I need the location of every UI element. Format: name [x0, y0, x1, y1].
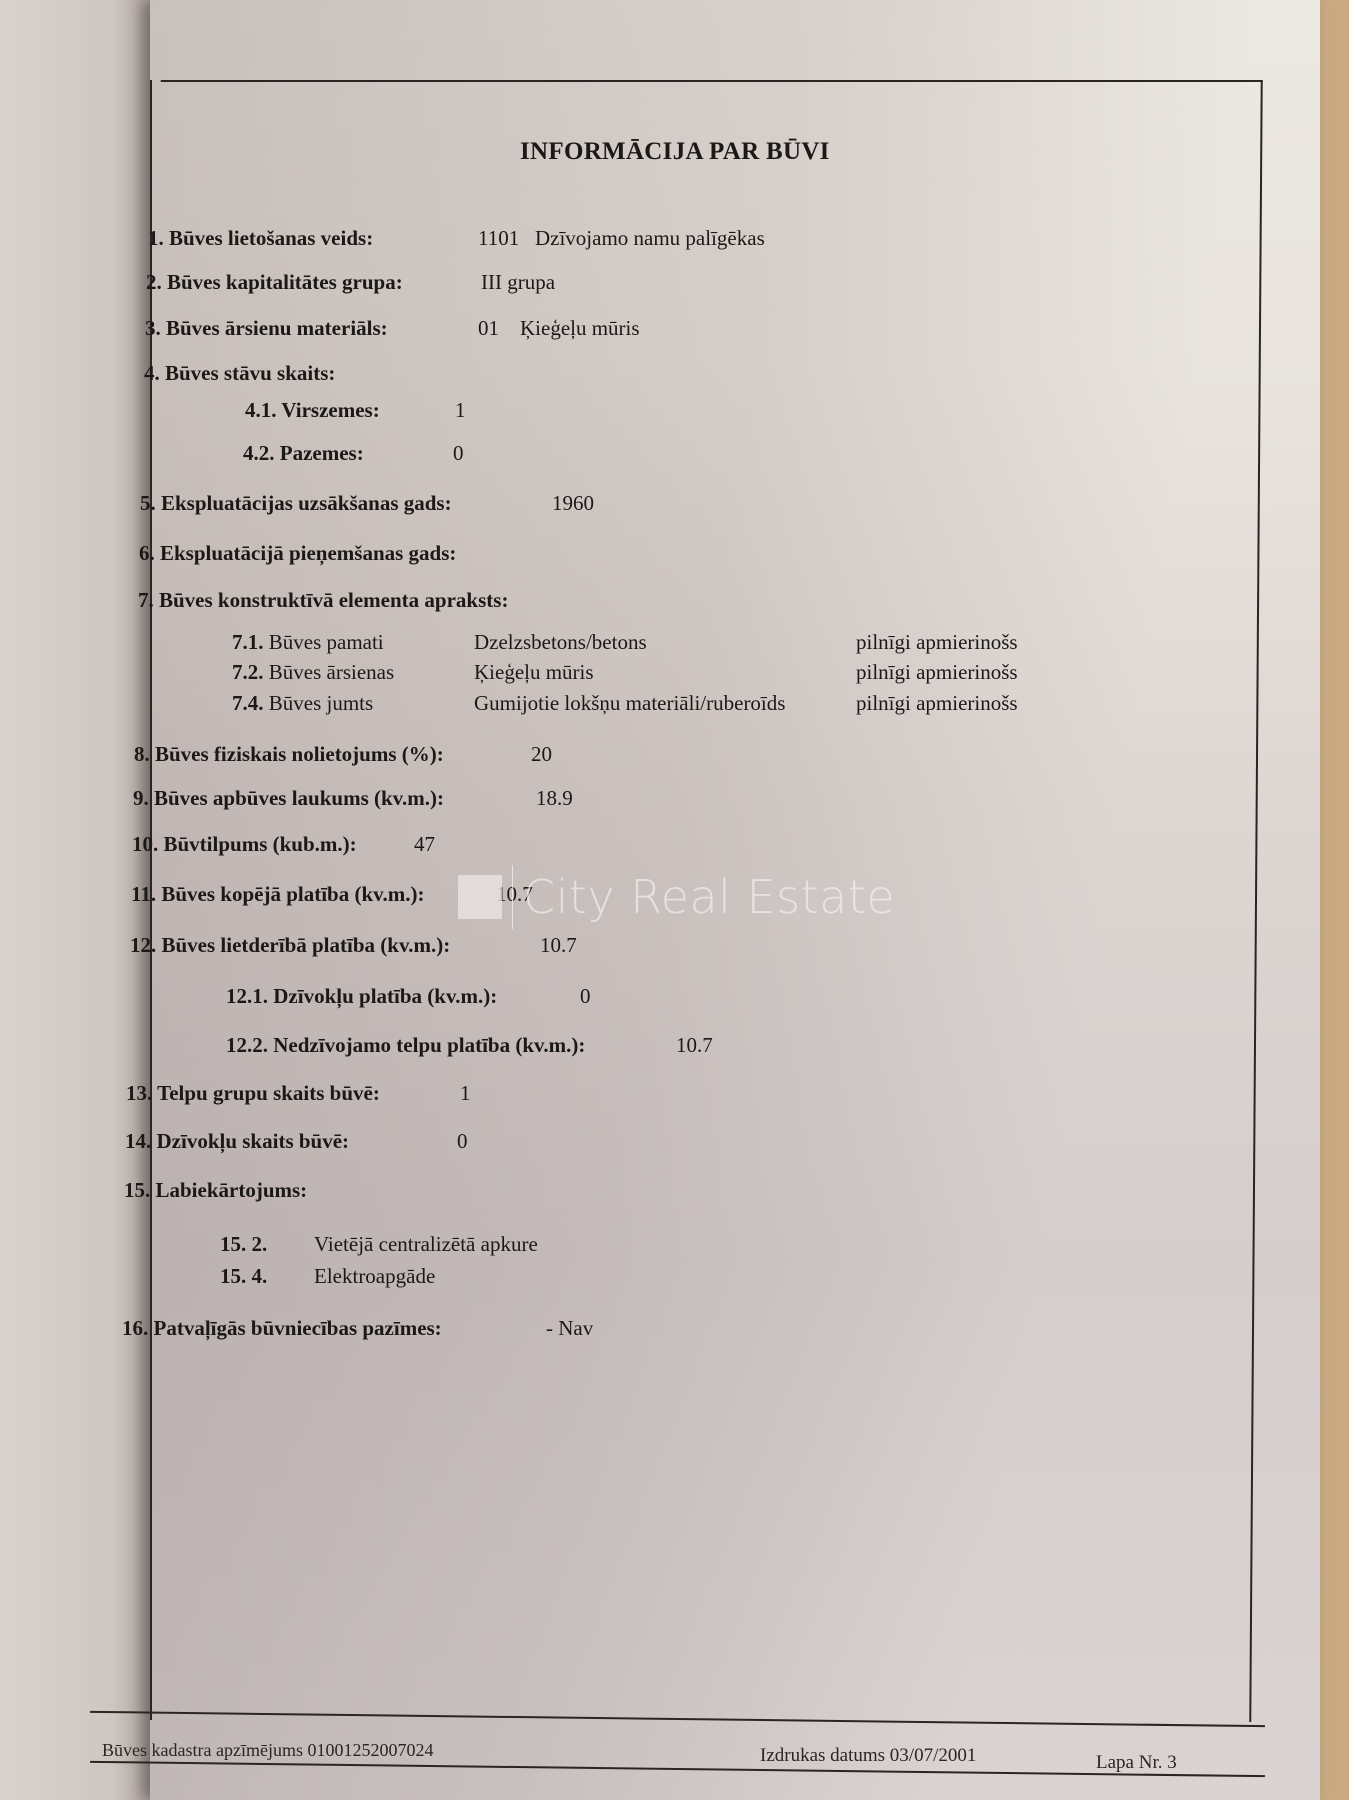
element-num: 7.1. — [232, 630, 264, 654]
field-value: 1101 Dzīvojamo namu palīgēkas — [478, 226, 765, 251]
field-label: 13. Telpu grupu skaits būvē: — [126, 1081, 380, 1105]
amenity-num: 15. 4. — [220, 1264, 267, 1289]
field-label: 10. Būvtilpums (kub.m.): — [132, 832, 357, 856]
element-num: 7.4. — [232, 691, 264, 715]
field-label: 11. Būves kopējā platība (kv.m.): — [131, 882, 424, 906]
element-name: Būves jumts — [269, 691, 373, 715]
field-amenities: 15. Labiekārtojums: — [124, 1178, 307, 1203]
amenity-name: Vietējā centralizētā apkure — [314, 1232, 538, 1257]
field-label: 16. Patvaļīgās būvniecības pazīmes: — [122, 1316, 442, 1340]
field-value: - Nav — [546, 1316, 593, 1341]
field-value: 1960 — [552, 491, 594, 516]
field-value: 0 — [457, 1129, 468, 1154]
element-condition: pilnīgi apmierinošs — [856, 691, 1018, 716]
field-unauthorized-construction: 16. Patvaļīgās būvniecības pazīmes: - Na… — [122, 1316, 442, 1341]
field-acceptance-year: 6. Ekspluatācijā pieņemšanas gads: — [139, 541, 456, 566]
field-label: 12.2. Nedzīvojamo telpu platība (kv.m.): — [226, 1033, 585, 1057]
field-construction-elements: 7. Būves konstruktīvā elementa apraksts: — [138, 588, 508, 613]
field-value: III grupa — [481, 270, 555, 295]
element-material: Gumijotie lokšņu materiāli/ruberoīds — [474, 691, 785, 716]
field-label: 6. Ekspluatācijā pieņemšanas gads: — [139, 541, 456, 565]
field-label: 3. Būves ārsienu materiāls: — [145, 316, 388, 340]
element-condition: pilnīgi apmierinošs — [856, 660, 1018, 685]
field-value: 10.7 — [496, 882, 533, 907]
field-capital-group: 2. Būves kapitalitātes grupa: III grupa — [146, 270, 403, 295]
field-label: 7. Būves konstruktīvā elementa apraksts: — [138, 588, 508, 612]
field-value: 1 — [455, 398, 466, 423]
field-label: 4. Būves stāvu skaits: — [144, 361, 335, 385]
amenity-name: Elektroapgāde — [314, 1264, 435, 1289]
field-wall-material: 3. Būves ārsienu materiāls: 01 Ķieģeļu m… — [145, 316, 388, 341]
field-exploitation-start: 5. Ekspluatācijas uzsākšanas gads: 1960 — [140, 491, 452, 516]
element-name: Būves pamati — [269, 630, 384, 654]
field-label: 12. Būves lietderībā platība (kv.m.): — [130, 933, 450, 957]
field-label: 15. Labiekārtojums: — [124, 1178, 307, 1202]
field-value: 20 — [531, 742, 552, 767]
field-label: 12.1. Dzīvokļu platība (kv.m.): — [226, 984, 497, 1008]
field-value: 47 — [414, 832, 435, 857]
field-room-groups: 13. Telpu grupu skaits būvē: 1 — [126, 1081, 380, 1106]
field-depreciation: 8. Būves fiziskais nolietojums (%): 20 — [134, 742, 444, 767]
amenity-num: 15. 2. — [220, 1232, 267, 1257]
field-value: 18.9 — [536, 786, 573, 811]
field-above-ground: 4.1. Virszemes: 1 — [245, 398, 380, 423]
field-label: 8. Būves fiziskais nolietojums (%): — [134, 742, 444, 766]
field-apartment-area: 12.1. Dzīvokļu platība (kv.m.): 0 — [226, 984, 497, 1009]
element-material: Dzelzsbetons/betons — [474, 630, 647, 655]
field-label: 9. Būves apbūves laukums (kv.m.): — [133, 786, 444, 810]
field-volume: 10. Būvtilpums (kub.m.): 47 — [132, 832, 357, 857]
field-value: 10.7 — [540, 933, 577, 958]
field-nonresidential-area: 12.2. Nedzīvojamo telpu platība (kv.m.):… — [226, 1033, 585, 1058]
field-label: 1. Būves lietošanas veids: — [148, 226, 373, 250]
field-usage-type: 1. Būves lietošanas veids: 1101 Dzīvojam… — [148, 226, 373, 251]
print-date: Izdrukas datums 03/07/2001 — [760, 1745, 976, 1767]
field-value: 01 Ķieģeļu mūris — [478, 316, 640, 341]
field-underground: 4.2. Pazemes: 0 — [243, 441, 364, 466]
field-value: 0 — [453, 441, 464, 466]
field-value: 1 — [460, 1081, 471, 1106]
field-label: 4.1. Virszemes: — [245, 398, 380, 422]
field-label: 4.2. Pazemes: — [243, 441, 364, 465]
field-usable-area: 12. Būves lietderībā platība (kv.m.): 10… — [130, 933, 450, 958]
element-name: Būves ārsienas — [269, 660, 394, 684]
page-number: Lapa Nr. 3 — [1096, 1752, 1177, 1774]
element-material: Ķieģeļu mūris — [474, 660, 594, 685]
field-building-area: 9. Būves apbūves laukums (kv.m.): 18.9 — [133, 786, 444, 811]
element-condition: pilnīgi apmierinošs — [856, 630, 1018, 655]
field-apartment-count: 14. Dzīvokļu skaits būvē: 0 — [125, 1129, 349, 1154]
field-label: 2. Būves kapitalitātes grupa: — [146, 270, 403, 294]
field-label: 14. Dzīvokļu skaits būvē: — [125, 1129, 349, 1153]
field-floor-count: 4. Būves stāvu skaits: — [144, 361, 335, 386]
element-num: 7.2. — [232, 660, 264, 684]
field-label: 5. Ekspluatācijas uzsākšanas gads: — [140, 491, 452, 515]
field-total-area: 11. Būves kopējā platība (kv.m.): 10.7 — [131, 882, 424, 907]
cadastre-number: Būves kadastra apzīmējums 01001252007024 — [102, 1740, 433, 1761]
field-value: 0 — [580, 984, 591, 1009]
field-value: 10.7 — [676, 1033, 713, 1058]
document-title: INFORMĀCIJA PAR BŪVI — [520, 138, 830, 166]
